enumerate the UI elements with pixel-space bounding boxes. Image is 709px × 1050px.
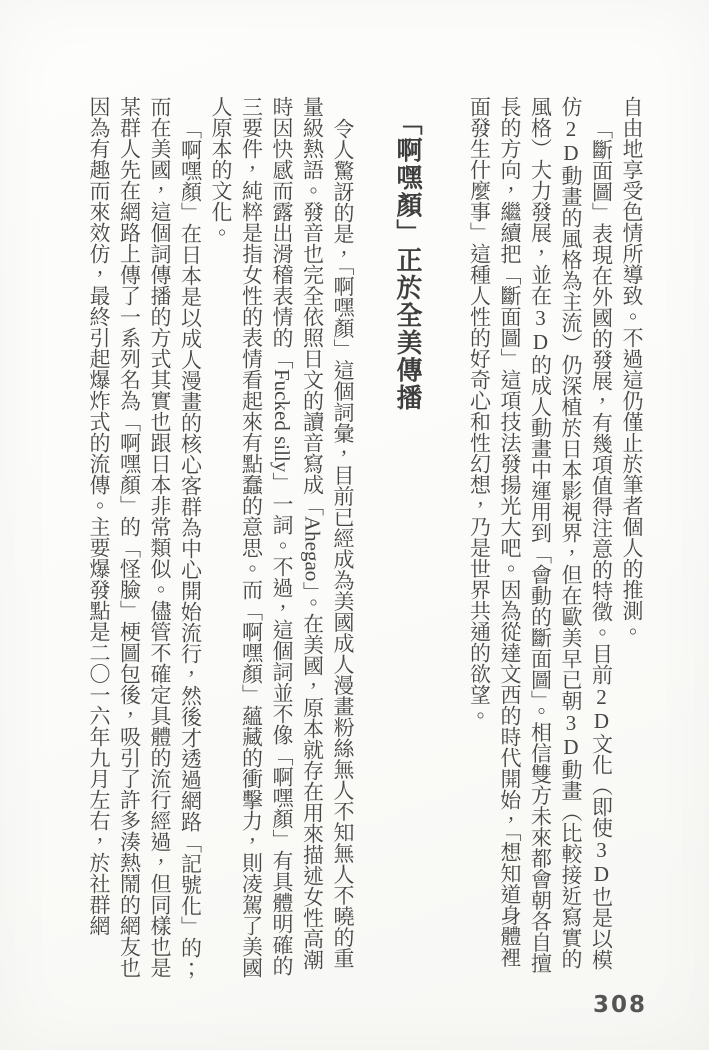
paragraph-continued-from-previous-page: 自由地享受色情所導致。不過這仍僅止於筆者個人的推測。 (617, 96, 648, 984)
section-heading: 「啊嘿顏」正於全美傳播 (392, 96, 424, 984)
book-page: 自由地享受色情所導致。不過這仍僅止於筆者個人的推測。 「斷面圖」表現在外國的發展… (0, 0, 709, 1050)
page-number: 308 (593, 992, 647, 1018)
paragraph-cross-section-diagram: 「斷面圖」表現在外國的發展，有幾項值得注意的特徵。目前2D文化（即使3D也是以模… (464, 96, 617, 984)
page-text-area: 自由地享受色情所導致。不過這仍僅止於筆者個人的推測。 「斷面圖」表現在外國的發展… (87, 96, 647, 984)
paragraph-spread-history: 「啊嘿顏」在日本是以成人漫畫的核心客群為中心開始流行，然後才透過網路「記號化」的… (84, 96, 206, 984)
paragraph-ahegao-in-us: 令人驚訝的是，「啊嘿顏」這個詞彙，目前已經成為美國成人漫畫粉絲無人不知無人不曉的… (206, 96, 359, 984)
